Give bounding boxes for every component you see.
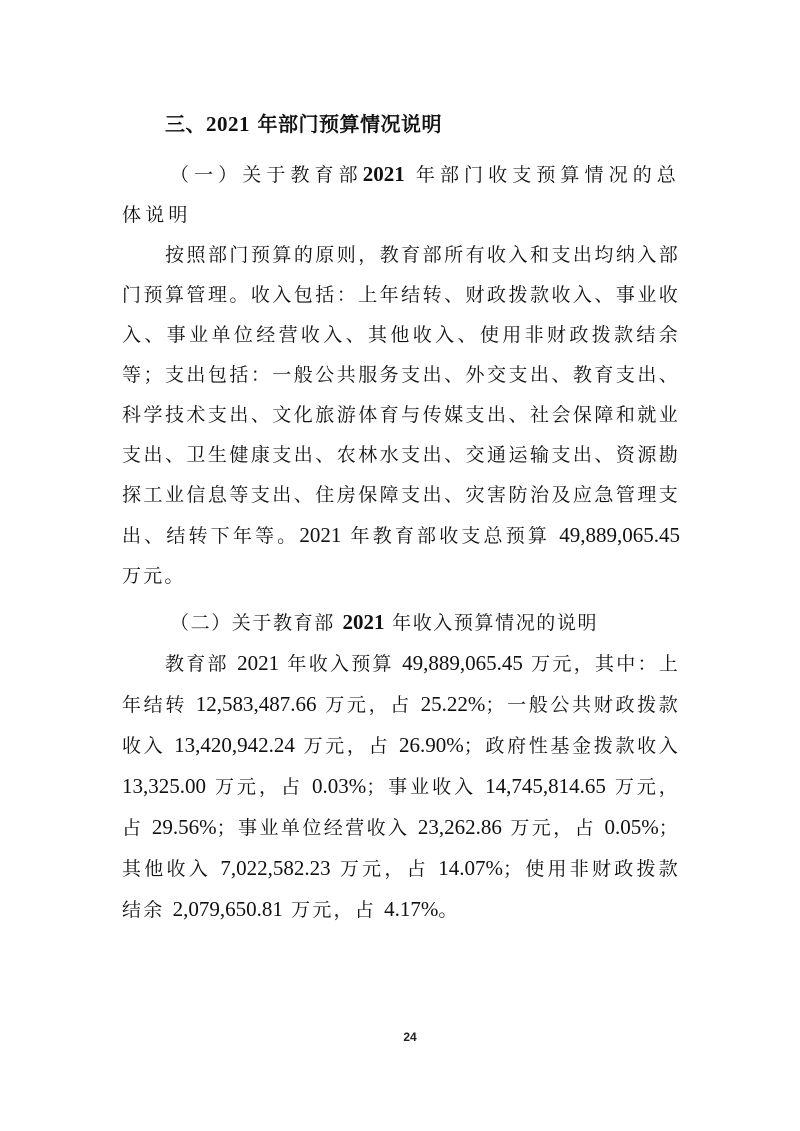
subsection-1-prefix: （一）关于教育部 <box>170 164 363 186</box>
text: 万元，占 <box>502 817 605 839</box>
text: 万元，占 <box>317 694 421 716</box>
gov-fund-amount: 13,325.00 <box>122 774 206 798</box>
text: 万元，占 <box>295 735 399 757</box>
text: 万元，占 <box>206 776 312 798</box>
text: 万元，占 <box>283 899 384 921</box>
page-number: 24 <box>0 1030 800 1044</box>
general-fiscal-percent: 26.90% <box>399 733 464 757</box>
gov-fund-percent: 0.03% <box>312 774 366 798</box>
other-income-amount: 7,022,582.23 <box>220 856 330 880</box>
subsection-2-prefix: （二）关于教育部 <box>170 612 342 634</box>
text: ；政府性基金拨款收入 <box>464 735 680 757</box>
document-page: 三、2021 年部门预算情况说明 （一）关于教育部2021 年部门收支预算情况的… <box>122 104 680 930</box>
business-income-percent: 29.56% <box>152 815 217 839</box>
section-heading: 三、2021 年部门预算情况说明 <box>165 104 680 144</box>
subsection-heading-2: （二）关于教育部 2021 年收入预算情况的说明 <box>122 602 680 643</box>
non-fiscal-surplus-amount: 2,079,650.81 <box>173 897 283 921</box>
paragraph-overall-budget: 按照部门预算的原则，教育部所有收入和支出均纳入部门预算管理。收入包括：上年结转、… <box>122 235 680 596</box>
operating-income-amount: 23,262.86 <box>418 815 502 839</box>
non-fiscal-surplus-percent: 4.17% <box>384 897 438 921</box>
text: 教育部 <box>165 653 237 675</box>
text: 年收入预算 <box>279 653 402 675</box>
income-total-value: 49,889,065.45 <box>402 651 523 675</box>
section-heading-prefix: 三、 <box>165 112 206 136</box>
carryover-amount: 12,583,487.66 <box>196 692 317 716</box>
paragraph-1-text: 按照部门预算的原则，教育部所有收入和支出均纳入部门预算管理。收入包括：上年结转、… <box>122 244 680 547</box>
paragraph-1-text-2: 年教育部收支总预算 <box>341 525 559 547</box>
subsection-heading-1: （一）关于教育部2021 年部门收支预算情况的总体说明 <box>122 154 680 235</box>
text: ；事业收入 <box>366 776 485 798</box>
income-year: 2021 <box>237 651 279 675</box>
paragraph-income-budget: 教育部 2021 年收入预算 49,889,065.45 万元，其中：上年结转 … <box>122 643 680 930</box>
business-income-amount: 14,745,814.65 <box>485 774 606 798</box>
paragraph-1-year: 2021 <box>299 523 341 547</box>
text: 。 <box>438 899 459 921</box>
paragraph-1-text-3: 万元。 <box>122 565 186 587</box>
subsection-1-year: 2021 <box>363 162 405 186</box>
subsection-2-suffix: 年收入预算情况的说明 <box>384 612 598 634</box>
carryover-percent: 25.22% <box>421 692 486 716</box>
section-heading-year: 2021 <box>206 112 250 136</box>
other-income-percent: 14.07% <box>438 856 503 880</box>
text: ；事业单位经营收入 <box>217 817 418 839</box>
general-fiscal-amount: 13,420,942.24 <box>174 733 295 757</box>
subsection-2-year: 2021 <box>342 610 384 634</box>
text: 万元，占 <box>331 858 439 880</box>
total-budget-value: 49,889,065.45 <box>559 523 680 547</box>
section-heading-suffix: 年部门预算情况说明 <box>250 112 442 136</box>
operating-income-percent: 0.05% <box>605 815 659 839</box>
